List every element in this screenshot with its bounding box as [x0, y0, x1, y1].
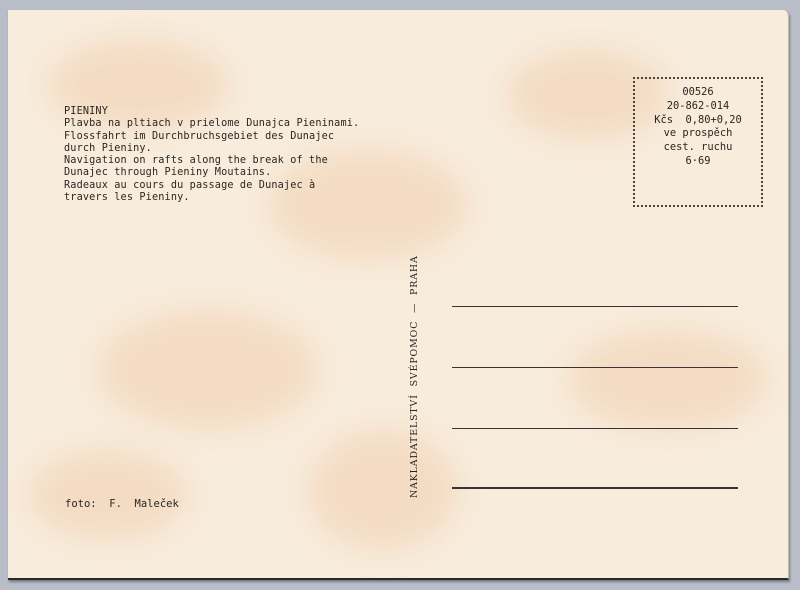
paper-stain	[28, 450, 188, 540]
stamp-box: 00526 20-862-014 Kčs 0,80+0,20 ve prospě…	[633, 77, 763, 207]
stamp-serial: 00526	[635, 86, 761, 100]
caption-block: PIENINYPlavba na pltiach v prielome Duna…	[64, 106, 359, 204]
publisher-imprint: NAKLADATELSTVÍ SVÉPOMOC — PRAHA	[409, 255, 420, 498]
stamp-date: 6·69	[635, 155, 761, 169]
address-line	[452, 306, 738, 307]
caption-line: Plavba na pltiach v prielome Dunajca Pie…	[64, 118, 359, 130]
paper-stain	[308, 430, 458, 550]
photo-credit: foto: F. Maleček	[65, 498, 179, 510]
address-line	[452, 428, 738, 429]
paper-stain	[98, 310, 318, 430]
caption-line: Navigation on rafts along the break of t…	[64, 155, 359, 167]
paper-stain	[568, 330, 768, 430]
caption-line: durch Pieniny.	[64, 143, 359, 155]
caption-line: Flossfahrt im Durchbruchsgebiet des Duna…	[64, 131, 359, 143]
postcard-back: PIENINYPlavba na pltiach v prielome Duna…	[8, 10, 789, 580]
caption-line: travers les Pieniny.	[64, 192, 359, 204]
caption-title: PIENINY	[64, 106, 359, 118]
address-line	[452, 367, 738, 368]
stamp-note: cest. ruchu	[635, 141, 761, 155]
stamp-price: Kčs 0,80+0,20	[635, 114, 761, 128]
address-line	[452, 487, 738, 489]
caption-line: Dunajec through Pieniny Moutains.	[64, 167, 359, 179]
stamp-note: ve prospěch	[635, 127, 761, 141]
stamp-code: 20-862-014	[635, 100, 761, 114]
caption-line: Radeaux au cours du passage de Dunajec à	[64, 180, 359, 192]
